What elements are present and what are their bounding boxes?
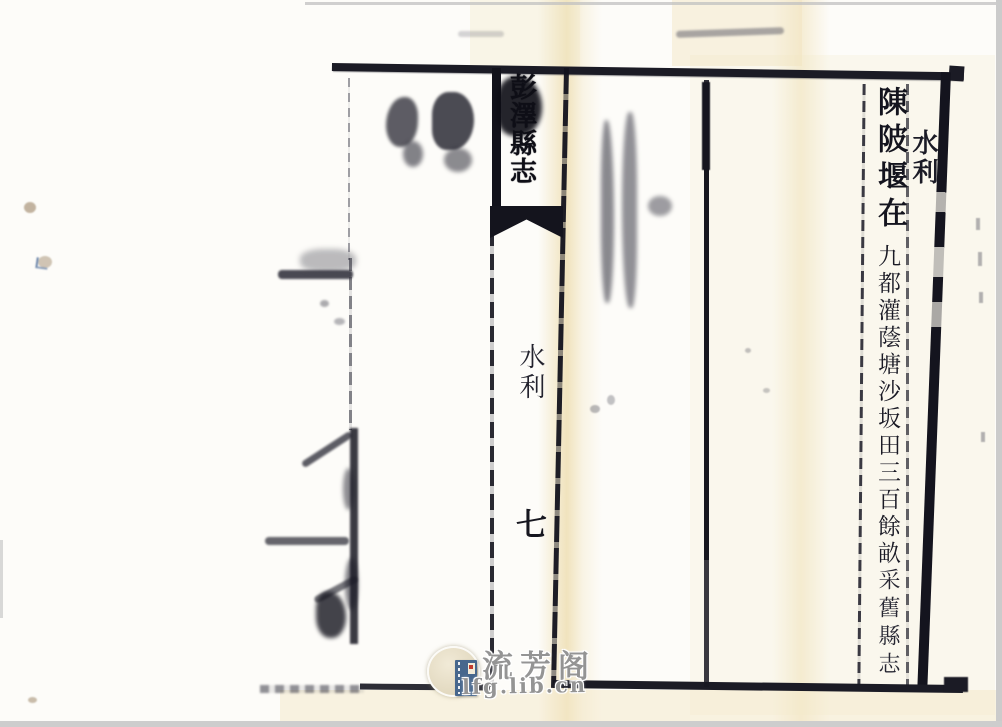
paper-crease-tint: [772, 0, 830, 727]
ink-stain: [343, 468, 354, 510]
ink-smudge: [676, 27, 784, 38]
ink-stain: [432, 92, 474, 150]
edge-ink-dash: [978, 252, 982, 266]
fishtail-mark-icon: [490, 206, 563, 238]
left-page-border-faint: [348, 78, 350, 260]
gazetteer-scan-page: 彭澤縣志 水利 七 水利 陳陂堰在 九都灌蔭塘沙坂田三百餘畝 采舊縣志 流芳阁 …: [0, 0, 1002, 727]
edge-ink-dash: [979, 292, 983, 303]
entry-head-text: 陳陂堰在: [867, 86, 911, 234]
ink-speck: [745, 348, 751, 353]
paper-speck: [24, 202, 36, 213]
scan-edge-top: [305, 2, 1002, 5]
book-seal-mark: [469, 665, 473, 669]
fold-section-label: 水利: [512, 343, 549, 403]
right-page-paper-tint: [690, 55, 995, 715]
column-rule: [704, 80, 709, 687]
book-stitching: [458, 662, 460, 694]
scan-edge-bottom: [0, 721, 1002, 727]
ink-stain: [386, 97, 418, 147]
site-watermark: 流芳阁 lfg.lib.cn: [420, 640, 680, 710]
ink-speck: [320, 300, 329, 307]
edge-ink-dash: [976, 218, 980, 230]
scan-edge-left: [0, 540, 3, 618]
ink-smudge: [265, 537, 349, 545]
ink-smudge: [601, 120, 614, 303]
ink-speck: [607, 395, 615, 405]
book-title: 彭澤縣志: [501, 73, 540, 185]
ink-smudge: [300, 249, 356, 272]
ink-stain: [345, 558, 358, 610]
bottom-right-corner: [944, 677, 968, 692]
left-page-border-mid: [349, 258, 352, 430]
top-paper-tint: [672, 0, 802, 66]
ink-speck: [763, 388, 770, 393]
edge-ink-dash: [981, 432, 985, 442]
left-page-border-smudged: [350, 428, 358, 644]
ink-speck: [334, 318, 345, 325]
fold-top-paper-tint: [470, 0, 580, 66]
ink-smudge: [278, 270, 353, 279]
top-frame-border: [332, 63, 964, 80]
ink-stain: [403, 141, 423, 167]
ink-stain: [444, 148, 472, 172]
watermark-site-url: lfg.lib.cn: [462, 672, 587, 699]
ink-smudge: [622, 112, 637, 308]
ink-stain: [648, 196, 672, 216]
ink-stain: [316, 592, 346, 638]
ink-smudge: [313, 575, 359, 604]
entry-column-rule-left: [857, 84, 865, 685]
bottom-border-smudge: [260, 685, 364, 693]
ink-smudge: [458, 31, 504, 37]
scan-edge-right: [996, 0, 1002, 727]
fold-column-rule-right: [551, 68, 569, 688]
paper-speck: [28, 697, 37, 703]
leaf-number: 七: [506, 508, 551, 539]
fold-column-rule-left: [490, 206, 494, 687]
ink-speck: [590, 405, 600, 413]
entry-source-note: 采舊縣志: [872, 568, 903, 680]
entry-body-text: 九都灌蔭塘沙坂田三百餘畝: [871, 244, 904, 568]
column-rule-thick-top: [702, 82, 710, 170]
blue-mark-speck: [35, 257, 48, 270]
ink-smudge: [301, 431, 353, 468]
